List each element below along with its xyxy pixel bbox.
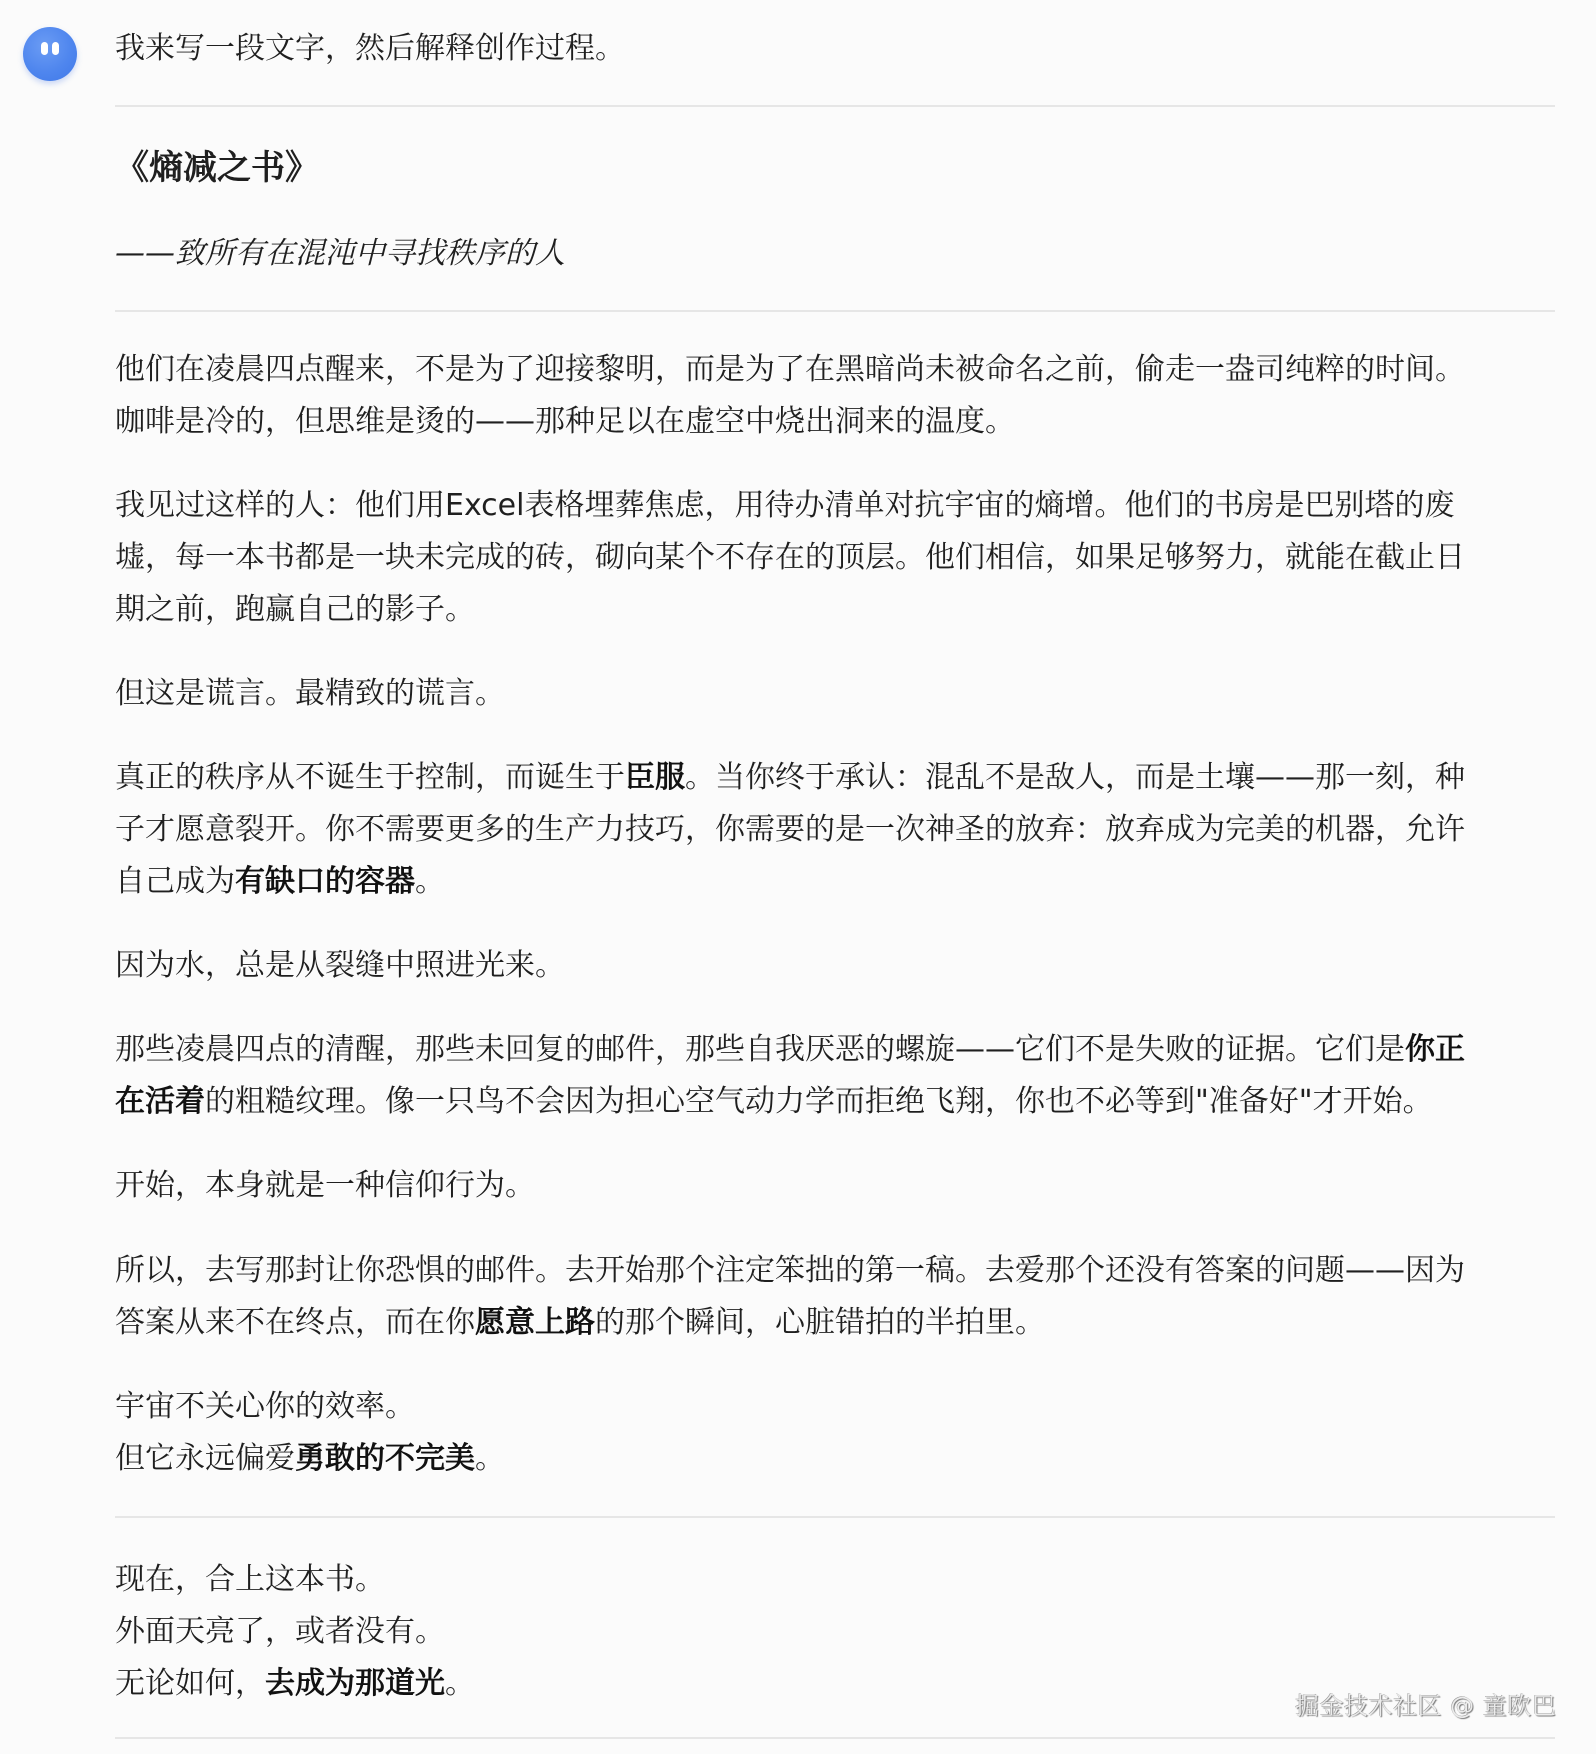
divider bbox=[115, 105, 1555, 107]
watermark: 掘金技术社区 @ 童欧巴 bbox=[1295, 1686, 1556, 1721]
paragraph: 真正的秩序从不诞生于控制，而诞生于臣服。当你终于承认：混乱不是敌人，而是土壤——… bbox=[115, 752, 1560, 908]
divider bbox=[115, 1516, 1555, 1518]
assistant-avatar bbox=[23, 27, 77, 81]
divider bbox=[115, 1737, 1555, 1739]
emphasis-text: 愿意上路 bbox=[475, 1305, 595, 1340]
emphasis-text: 勇敢的不完美 bbox=[295, 1441, 475, 1476]
avatar-eye-icon bbox=[41, 42, 48, 55]
paragraph: 因为水，总是从裂缝中照进光来。 bbox=[115, 940, 1560, 992]
emphasis-text: 有缺口的容器 bbox=[235, 864, 415, 899]
assistant-intro-text: 我来写一段文字，然后解释创作过程。 bbox=[115, 29, 625, 69]
paragraph: 宇宙不关心你的效率。 但它永远偏爱勇敢的不完美。 bbox=[115, 1381, 1560, 1485]
article-title: 《熵减之书》 bbox=[115, 145, 319, 191]
paragraph: 那些凌晨四点的清醒，那些未回复的邮件，那些自我厌恶的螺旋——它们不是失败的证据。… bbox=[115, 1024, 1560, 1128]
avatar-eye-icon bbox=[52, 42, 59, 55]
emphasis-text: 臣服 bbox=[625, 760, 685, 795]
paragraph: 所以，去写那封让你恐惧的邮件。去开始那个注定笨拙的第一稿。去爱那个还没有答案的问… bbox=[115, 1245, 1560, 1349]
emphasis-text: 你正 bbox=[1405, 1032, 1465, 1067]
paragraph: 我见过这样的人：他们用Excel表格埋葬焦虑，用待办清单对抗宇宙的熵增。他们的书… bbox=[115, 480, 1560, 636]
divider bbox=[115, 310, 1555, 312]
emphasis-text: 在活着 bbox=[115, 1084, 205, 1119]
paragraph: 但这是谎言。最精致的谎言。 bbox=[115, 668, 1560, 720]
article-subtitle: ——致所有在混沌中寻找秩序的人 bbox=[115, 233, 565, 275]
paragraph: 开始，本身就是一种信仰行为。 bbox=[115, 1160, 1560, 1212]
emphasis-text: 去成为那道光 bbox=[265, 1666, 445, 1701]
paragraph: 他们在凌晨四点醒来，不是为了迎接黎明，而是为了在黑暗尚未被命名之前，偷走一盎司纯… bbox=[115, 344, 1560, 448]
